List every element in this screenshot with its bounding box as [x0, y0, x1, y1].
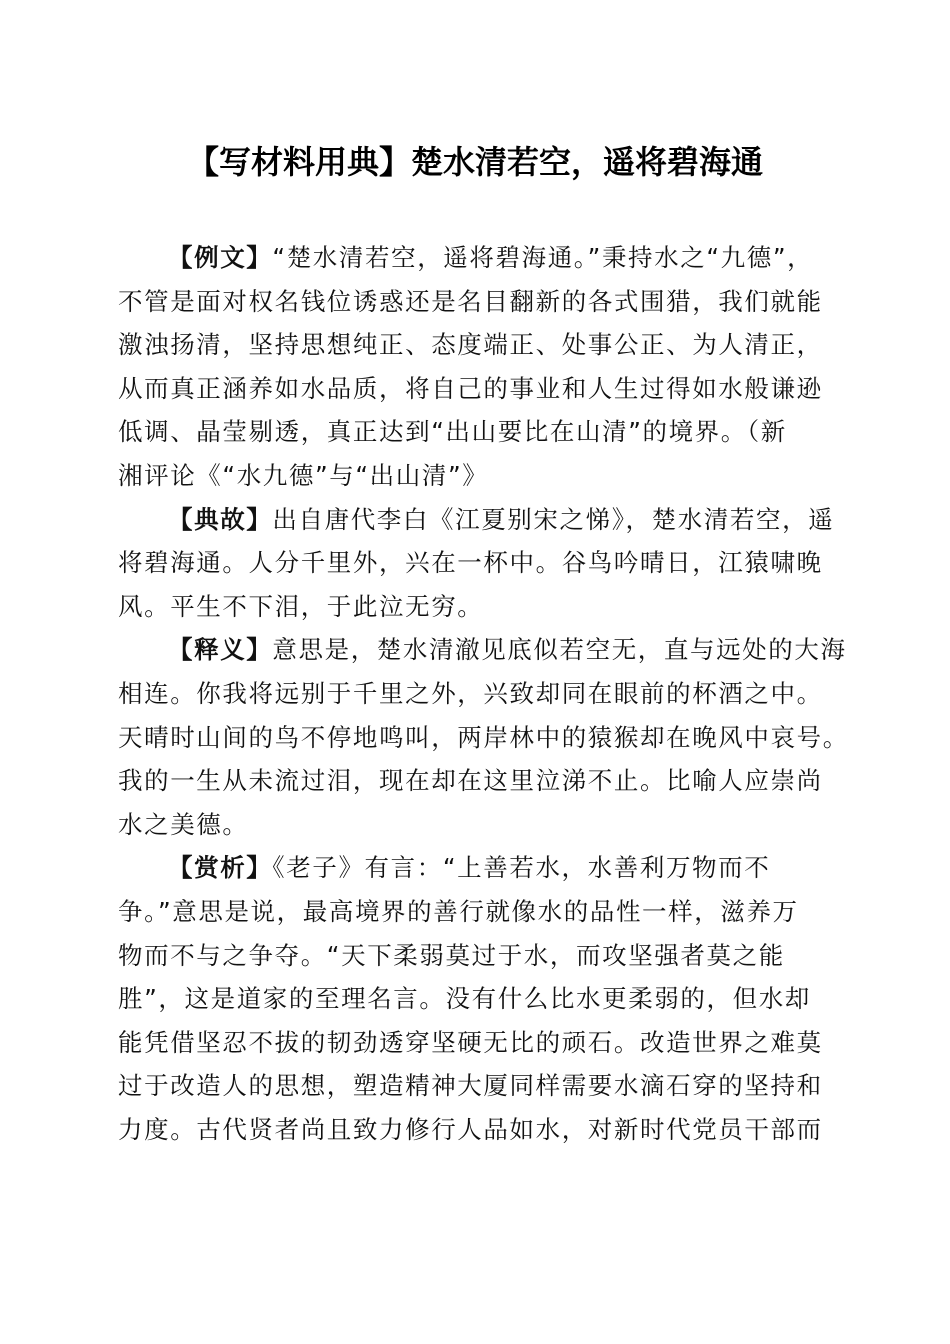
- paragraph-line: 风。平生不下泪，于此泣无穷。: [118, 585, 828, 629]
- section-tag: 【典故】: [168, 505, 272, 534]
- paragraph-line: 湘评论《“水九德”与“出山清”》: [118, 454, 828, 498]
- paragraph-line: 胜”，这是道家的至理名言。没有什么比水更柔弱的，但水却: [118, 977, 828, 1021]
- paragraph-line: 低调、晶莹剔透，真正达到“出山要比在山清”的境界。（新: [118, 410, 828, 454]
- paragraph-line: 将碧海通。人分千里外，兴在一杯中。谷鸟吟晴日，江猿啸晚: [118, 541, 828, 585]
- paragraph-line: 水之美德。: [118, 803, 828, 847]
- paragraph-line: 不管是面对权名钱位诱惑还是名目翻新的各式围猎，我们就能: [118, 280, 828, 324]
- paragraph-line: 激浊扬清，坚持思想纯正、态度端正、处事公正、为人清正，: [118, 323, 828, 367]
- paragraph-line: 物而不与之争夺。“天下柔弱莫过于水，而攻坚强者莫之能: [118, 934, 828, 978]
- line-text: “楚水清若空，遥将碧海通。”秉持水之“九德”，: [272, 243, 813, 272]
- paragraph-line: 过于改造人的思想，塑造精神大厦同样需要水滴石穿的坚持和: [118, 1064, 828, 1108]
- document-body: 【例文】“楚水清若空，遥将碧海通。”秉持水之“九德”， 不管是面对权名钱位诱惑还…: [118, 236, 828, 1151]
- paragraph-line: 力度。古代贤者尚且致力修行人品如水，对新时代党员干部而: [118, 1108, 828, 1152]
- line-text: 《老子》有言：“上善若水，水善利万物而不: [272, 853, 770, 882]
- section-meaning: 【释义】意思是，楚水清澈见底似若空无，直与远处的大海 相连。你我将远别于千里之外…: [118, 628, 828, 846]
- paragraph-line: 能凭借坚忍不拔的韧劲透穿坚硬无比的顽石。改造世界之难莫: [118, 1021, 828, 1065]
- paragraph-line: 相连。你我将远别于千里之外，兴致却同在眼前的杯酒之中。: [118, 672, 828, 716]
- paragraph-line: 我的一生从未流过泪，现在却在这里泣涕不止。比喻人应崇尚: [118, 759, 828, 803]
- section-appreciation: 【赏析】《老子》有言：“上善若水，水善利万物而不 争。”意思是说，最高境界的善行…: [118, 846, 828, 1151]
- paragraph-line: 天晴时山间的鸟不停地鸣叫，两岸林中的猿猴却在晚风中哀号。: [118, 716, 828, 760]
- paragraph-line: 【例文】“楚水清若空，遥将碧海通。”秉持水之“九德”，: [118, 236, 828, 280]
- section-tag: 【释义】: [168, 635, 272, 664]
- paragraph-line: 【赏析】《老子》有言：“上善若水，水善利万物而不: [118, 846, 828, 890]
- document-page: 【写材料用典】楚水清若空，遥将碧海通 【例文】“楚水清若空，遥将碧海通。”秉持水…: [0, 0, 950, 1344]
- paragraph-line: 【释义】意思是，楚水清澈见底似若空无，直与远处的大海: [118, 628, 828, 672]
- paragraph-line: 【典故】出自唐代李白《江夏别宋之悌》，楚水清若空，遥: [118, 498, 828, 542]
- document-title: 【写材料用典】楚水清若空，遥将碧海通: [0, 142, 950, 182]
- section-tag: 【例文】: [168, 243, 272, 272]
- line-text: 意思是，楚水清澈见底似若空无，直与远处的大海: [272, 635, 846, 664]
- paragraph-line: 争。”意思是说，最高境界的善行就像水的品性一样，滋养万: [118, 890, 828, 934]
- paragraph-line: 从而真正涵养如水品质，将自己的事业和人生过得如水般谦逊: [118, 367, 828, 411]
- section-tag: 【赏析】: [168, 853, 272, 882]
- section-example: 【例文】“楚水清若空，遥将碧海通。”秉持水之“九德”， 不管是面对权名钱位诱惑还…: [118, 236, 828, 498]
- line-text: 出自唐代李白《江夏别宋之悌》，楚水清若空，遥: [272, 505, 834, 534]
- section-allusion: 【典故】出自唐代李白《江夏别宋之悌》，楚水清若空，遥 将碧海通。人分千里外，兴在…: [118, 498, 828, 629]
